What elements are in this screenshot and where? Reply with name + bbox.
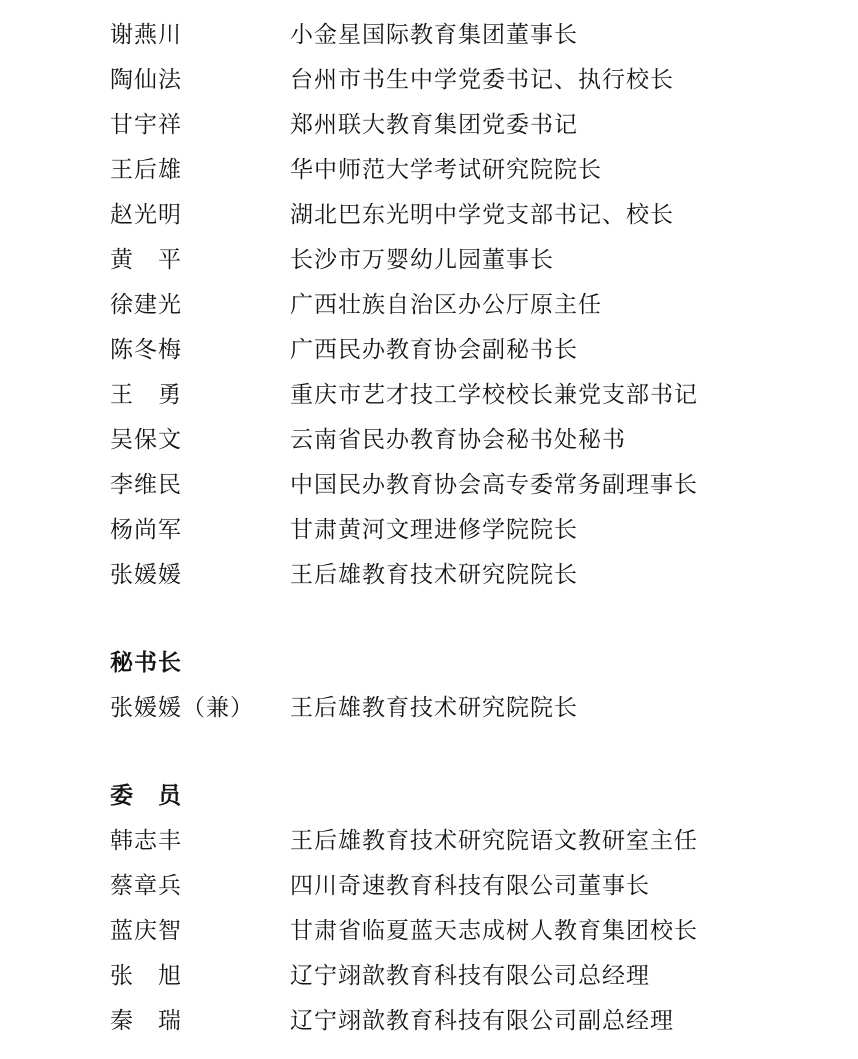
member-name: 张媛媛（兼）: [110, 689, 290, 722]
document-body: 谢燕川小金星国际教育集团董事长陶仙法台州市书生中学党委书记、执行校长甘宇祥郑州联…: [0, 10, 858, 1041]
member-name: 杨尚军: [110, 511, 290, 544]
member-title: 甘肃省临夏蓝天志成树人教育集团校长: [290, 912, 698, 945]
member-name: 李维民: [110, 466, 290, 499]
member-row: 张 旭辽宁翊歆教育科技有限公司总经理: [0, 951, 858, 996]
member-name: 陈冬梅: [110, 331, 290, 364]
member-name: 韩志丰: [110, 822, 290, 855]
member-row: 秦 瑞辽宁翊歆教育科技有限公司副总经理: [0, 996, 858, 1041]
member-name: 王后雄: [110, 151, 290, 184]
member-row: 陶仙法台州市书生中学党委书记、执行校长: [0, 55, 858, 100]
member-row: 杨尚军甘肃黄河文理进修学院院长: [0, 505, 858, 550]
member-title: 台州市书生中学党委书记、执行校长: [290, 61, 674, 94]
document-page: 谢燕川小金星国际教育集团董事长陶仙法台州市书生中学党委书记、执行校长甘宇祥郑州联…: [0, 0, 858, 1059]
member-row: 王 勇重庆市艺才技工学校校长兼党支部书记: [0, 370, 858, 415]
member-title: 甘肃黄河文理进修学院院长: [290, 511, 578, 544]
member-row: 蓝庆智甘肃省临夏蓝天志成树人教育集团校长: [0, 906, 858, 951]
member-row: 黄 平长沙市万婴幼儿园董事长: [0, 235, 858, 280]
member-row: 李维民中国民办教育协会高专委常务副理事长: [0, 460, 858, 505]
member-title: 辽宁翊歆教育科技有限公司总经理: [290, 957, 650, 990]
member-title: 长沙市万婴幼儿园董事长: [290, 241, 554, 274]
member-title: 辽宁翊歆教育科技有限公司副总经理: [290, 1002, 674, 1035]
member-name: 张 旭: [110, 957, 290, 990]
member-name: 秦 瑞: [110, 1002, 290, 1035]
member-name: 黄 平: [110, 241, 290, 274]
member-title: 广西壮族自治区办公厅原主任: [290, 286, 602, 319]
member-name: 赵光明: [110, 196, 290, 229]
member-title: 华中师范大学考试研究院院长: [290, 151, 602, 184]
member-row: 韩志丰王后雄教育技术研究院语文教研室主任: [0, 816, 858, 861]
member-row: 徐建光广西壮族自治区办公厅原主任: [0, 280, 858, 325]
member-title: 云南省民办教育协会秘书处秘书: [290, 421, 626, 454]
member-row: 陈冬梅广西民办教育协会副秘书长: [0, 325, 858, 370]
member-row: 谢燕川小金星国际教育集团董事长: [0, 10, 858, 55]
member-name: 蔡章兵: [110, 867, 290, 900]
member-title: 四川奇速教育科技有限公司董事长: [290, 867, 650, 900]
member-row: 甘宇祥郑州联大教育集团党委书记: [0, 100, 858, 145]
member-title: 湖北巴东光明中学党支部书记、校长: [290, 196, 674, 229]
member-name: 谢燕川: [110, 16, 290, 49]
member-name: 张媛媛: [110, 556, 290, 589]
heading-committee-members: 委 员: [110, 771, 858, 816]
member-title: 王后雄教育技术研究院院长: [290, 556, 578, 589]
member-title: 郑州联大教育集团党委书记: [290, 106, 578, 139]
member-row: 张媛媛王后雄教育技术研究院院长: [0, 550, 858, 595]
heading-secretary-general: 秘书长: [110, 638, 858, 683]
member-title: 小金星国际教育集团董事长: [290, 16, 578, 49]
member-row: 王后雄华中师范大学考试研究院院长: [0, 145, 858, 190]
member-title: 王后雄教育技术研究院语文教研室主任: [290, 822, 698, 855]
member-name: 陶仙法: [110, 61, 290, 94]
member-title: 广西民办教育协会副秘书长: [290, 331, 578, 364]
member-row: 蔡章兵四川奇速教育科技有限公司董事长: [0, 861, 858, 906]
member-name: 蓝庆智: [110, 912, 290, 945]
member-name: 徐建光: [110, 286, 290, 319]
member-title: 王后雄教育技术研究院院长: [290, 689, 578, 722]
member-name: 王 勇: [110, 376, 290, 409]
member-row: 张媛媛（兼）王后雄教育技术研究院院长: [0, 683, 858, 728]
member-row: 吴保文云南省民办教育协会秘书处秘书: [0, 415, 858, 460]
member-name: 吴保文: [110, 421, 290, 454]
member-row: 赵光明湖北巴东光明中学党支部书记、校长: [0, 190, 858, 235]
member-title: 重庆市艺才技工学校校长兼党支部书记: [290, 376, 698, 409]
member-title: 中国民办教育协会高专委常务副理事长: [290, 466, 698, 499]
member-name: 甘宇祥: [110, 106, 290, 139]
